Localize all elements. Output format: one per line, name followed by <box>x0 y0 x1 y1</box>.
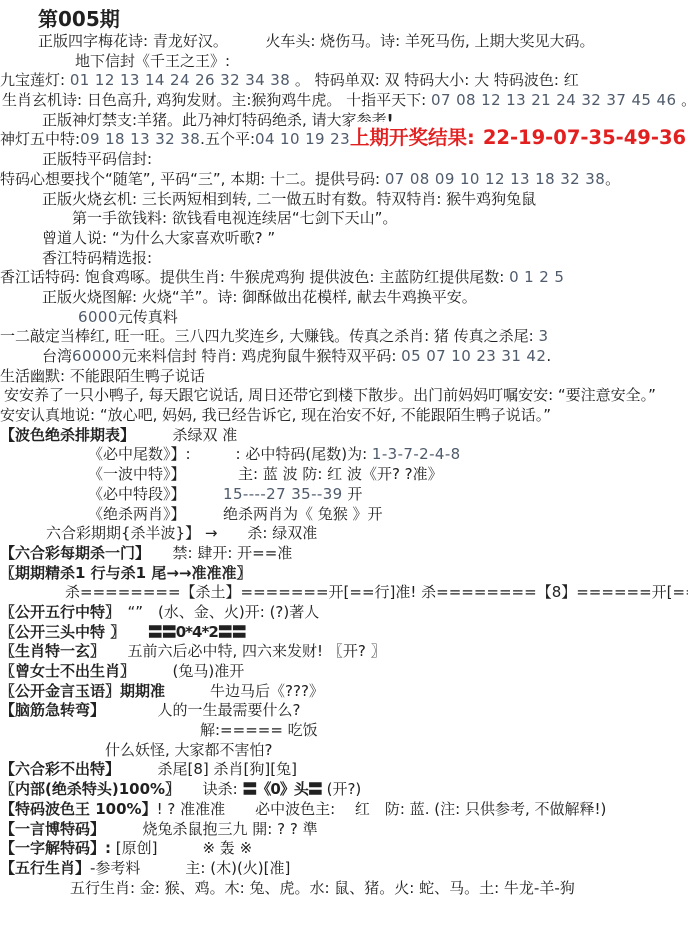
text-segment: 。 <box>676 91 688 109</box>
text-segment: 解:===== 吃饭 <box>200 721 318 739</box>
text-line: 正版火烧玄机: 三长两短相到转, 二一做五时有数。特双特肖: 猴牛鸡狗兔鼠 <box>0 190 688 210</box>
text-segment: 〖内部(绝杀特头)100%〗 <box>0 780 173 798</box>
text-segment: (开?) <box>322 780 361 798</box>
text-segment: 台湾 <box>42 347 72 365</box>
text-segment: 生肖玄机诗: 日色高升, 鸡狗发财。主:猴狗鸡牛虎。 十指平天下: <box>2 91 431 109</box>
text-segment: 09 18 13 32 38 <box>80 130 200 148</box>
text-segment: 第005期 <box>38 7 120 31</box>
text-line: 曾道人说: “为什么大家喜欢听歌? ” <box>0 229 688 249</box>
text-segment: ! ? 准准准 必中波色主: 红 防: 蓝. (注: 只供参考, 不做解释!) <box>157 800 607 818</box>
text-segment: 杀========【杀土】=======开[==行]准! 杀========【8… <box>65 583 688 601</box>
text-segment: 【波色绝杀排期表】 <box>0 426 128 444</box>
text-segment: 杀尾[8] 杀肖[狗][兔] <box>113 760 297 778</box>
text-segment: “” (水、金、火)开: (?)著人 <box>113 603 320 621</box>
text-line: 一二敲定当棒红, 旺一旺。三八四九奖连乡, 大赚钱。传真之杀肖: 猪 传真之杀尾… <box>0 327 688 347</box>
text-segment: 香江话特码: 饱食鸡啄。提供生肖: 牛猴虎鸡狗 提供波色: 主蓝防红提供尾数: <box>0 268 509 286</box>
text-line: 安安认真地说: “放心吧, 妈妈, 我已经告诉它, 现在治安不好, 不能跟陌生鸭… <box>0 406 688 426</box>
text-segment: 01 12 13 14 24 26 32 34 38 <box>70 71 290 89</box>
text-segment: 〓《0》头〓 <box>242 780 321 798</box>
text-line: 解:===== 吃饭 <box>0 721 688 741</box>
text-line: 【脑筋急转弯】 人的一生最需要什么? <box>0 701 688 721</box>
text-segment: 【六合彩每期杀一门】 <box>0 544 143 562</box>
text-segment: 神灯五中特: <box>0 130 80 148</box>
text-segment: 烧兔杀鼠抱三九 開: ? ? 準 <box>98 820 318 838</box>
text-line: 香江特码精选报: <box>0 249 688 269</box>
text-segment: 【一言博特码】 <box>0 820 98 838</box>
text-line: 什么妖怪, 大家都不害怕? <box>0 741 688 761</box>
text-segment: 〓〓0*4*2〓〓 <box>148 623 246 641</box>
text-segment: 什么妖怪, 大家都不害怕? <box>105 741 273 759</box>
text-segment: 正版特平码信封: <box>42 150 152 168</box>
text-segment: .五个平: <box>200 130 255 148</box>
text-line: 生肖玄机诗: 日色高升, 鸡狗发财。主:猴狗鸡牛虎。 十指平天下: 07 08 … <box>0 91 688 111</box>
text-segment: 1-3-7-2-4-8 <box>372 445 461 463</box>
text-segment: -参考料 主: (木)(火)[准] <box>90 859 290 877</box>
text-segment: 曾道人说: “为什么大家喜欢听歌? ” <box>42 229 275 247</box>
text-segment: 诀杀: <box>173 780 243 798</box>
text-segment: 07 08 09 10 12 13 18 32 38 <box>385 170 605 188</box>
text-segment: 杀绿双 准 <box>128 426 238 444</box>
text-line: 【特码波色王 100%】! ? 准准准 必中波色主: 红 防: 蓝. (注: 只… <box>0 800 688 820</box>
text-segment: 正版四字梅花诗: 青龙好汉。 火车头: 烧伤马。诗: 羊死马伤, 上期大奖见大码… <box>38 32 595 50</box>
text-segment: 《必中尾数》】: : 必中特码(尾数)为: <box>88 445 372 463</box>
text-line: 正版特平码信封: <box>0 150 688 170</box>
text-segment: 一二敲定当棒红, 旺一旺。三八四九奖连乡, 大赚钱。传真之杀肖: 猪 传真之杀尾… <box>0 327 539 345</box>
text-line: 《绝杀两肖》】 绝杀两肖为《 兔猴 》开 <box>0 505 688 525</box>
text-segment: 特码心想要找个“随笔”, 平码“三”, 本期: 十二。提供号码: <box>0 170 385 188</box>
text-segment: 牛边马后《???》 <box>165 682 324 700</box>
text-segment: 〖公开三头中特 〗 <box>0 623 118 641</box>
last-draw-numbers: 22-19-07-35-49-36+45 <box>483 126 688 149</box>
text-segment: 安安认真地说: “放心吧, 妈妈, 我已经告诉它, 现在治安不好, 不能跟陌生鸭… <box>0 406 551 424</box>
text-line: 地下信封《千王之王》: <box>0 52 688 72</box>
text-line: 〖生肖特一玄〗 五前六后必中特, 四六来发财! 〖开? 〗 <box>0 642 688 662</box>
text-line: 〖公开五行中特〗 “” (水、金、火)开: (?)著人 <box>0 603 688 623</box>
text-segment: 〖期期精杀1 行与杀1 尾→→准准准〗 <box>0 564 251 582</box>
text-segment: 开 <box>343 485 363 503</box>
text-segment: [原创] ※ 轰 ※ <box>111 839 252 857</box>
text-segment: (兔马)准开 <box>128 662 245 680</box>
text-segment: 《一波中特》】 主: 蓝 波 防: 红 波《开? ?准》 <box>88 465 443 483</box>
text-line: 《必中尾数》】: : 必中特码(尾数)为: 1-3-7-2-4-8 <box>0 445 688 465</box>
text-line: 〖内部(绝杀特头)100%〗 诀杀: 〓《0》头〓 (开?) <box>0 780 688 800</box>
text-line: 【六合彩每期杀一门】 禁: 肆开: 开==准 <box>0 544 688 564</box>
text-segment: 五行生肖: 金: 猴、鸡。木: 兔、虎。水: 鼠、猪。火: 蛇、马。土: 牛龙-… <box>70 879 575 897</box>
text-line: 特码心想要找个“随笔”, 平码“三”, 本期: 十二。提供号码: 07 08 0… <box>0 170 688 190</box>
text-segment <box>118 623 148 641</box>
text-line: 正版四字梅花诗: 青龙好汉。 火车头: 烧伤马。诗: 羊死马伤, 上期大奖见大码… <box>0 32 688 52</box>
text-segment: 【脑筋急转弯】 <box>0 701 98 719</box>
text-segment: 〖生肖特一玄〗 <box>0 642 98 660</box>
text-segment: 〖曾女士不出生肖〗 <box>0 662 128 680</box>
text-segment: 05 07 10 23 31 42 <box>401 347 546 365</box>
text-segment: 〖公开金言玉语〗期期准 <box>0 682 165 700</box>
text-segment: 地下信封《千王之王》: <box>75 52 230 70</box>
text-line: 《必中特段》】 15----27 35--39 开 <box>0 485 688 505</box>
text-line: 五行生肖: 金: 猴、鸡。木: 兔、虎。水: 鼠、猪。火: 蛇、马。土: 牛龙-… <box>0 879 688 899</box>
text-segment: 人的一生最需要什么? <box>98 701 301 719</box>
text-segment: 元传真料 <box>118 308 178 326</box>
text-segment: 正版火烧图解: 火烧“羊”。诗: 御酥做出花模样, 献去牛鸡换平安。 <box>42 288 477 306</box>
text-segment: 香江特码精选报: <box>42 249 152 267</box>
text-segment: 。 特码单双: 双 特码大小: 大 特码波色: 红 <box>290 71 579 89</box>
text-line: 【六合彩不出特】 杀尾[8] 杀肖[狗][兔] <box>0 760 688 780</box>
last-draw-label: 上期开奖结果: <box>350 126 475 149</box>
text-segment: 〖公开五行中特〗 <box>0 603 113 621</box>
text-segment: 正版火烧玄机: 三长两短相到转, 二一做五时有数。特双特肖: 猴牛鸡狗兔鼠 <box>42 190 536 208</box>
text-line: 九宝莲灯: 01 12 13 14 24 26 32 34 38 。 特码单双:… <box>0 71 688 91</box>
text-segment: 60000 <box>72 347 122 365</box>
text-line: 安安养了一只小鸭子, 每天跟它说话, 周日还带它到楼下散步。出门前妈妈叮嘱安安:… <box>0 386 688 406</box>
text-line: 香江话特码: 饱食鸡啄。提供生肖: 牛猴虎鸡狗 提供波色: 主蓝防红提供尾数: … <box>0 268 688 288</box>
text-segment: 【五行生肖】 <box>0 859 90 877</box>
text-segment: 15----27 35--39 <box>223 485 343 503</box>
text-line: 正版火烧图解: 火烧“羊”。诗: 御酥做出花模样, 献去牛鸡换平安。 <box>0 288 688 308</box>
text-segment: 安安养了一只小鸭子, 每天跟它说话, 周日还带它到楼下散步。出门前妈妈叮嘱安安:… <box>4 386 656 404</box>
text-line: 《一波中特》】 主: 蓝 波 防: 红 波《开? ?准》 <box>0 465 688 485</box>
text-segment: 正版神灯禁支:羊猪。此乃神灯特码绝杀, 请大家参考 <box>42 111 387 129</box>
text-line: 【波色绝杀排期表】 杀绿双 准 <box>0 426 688 446</box>
text-line: 〖期期精杀1 行与杀1 尾→→准准准〗 <box>0 564 688 584</box>
text-segment: 元来料信封 特肖: 鸡虎狗鼠牛猴特双平码: <box>122 347 401 365</box>
text-segment: 六合彩期期{杀半波}】 → 杀: 绿双准 <box>46 524 317 542</box>
text-segment: 3 <box>539 327 549 345</box>
text-line: 【一字解特码】: [原创] ※ 轰 ※ <box>0 839 688 859</box>
text-segment: 0 1 2 5 <box>509 268 564 286</box>
text-segment: 【一字解特码】: <box>0 839 111 857</box>
text-segment: 禁: 肆开: 开==准 <box>143 544 293 562</box>
text-segment: 五前六后必中特, 四六来发财! 〖开? 〗 <box>98 642 386 660</box>
text-line: 杀========【杀土】=======开[==行]准! 杀========【8… <box>0 583 688 603</box>
text-segment: 6000 <box>78 308 118 326</box>
text-line: 6000元传真料 <box>0 308 688 328</box>
text-segment: 【六合彩不出特】 <box>0 760 113 778</box>
text-segment: 九宝莲灯: <box>0 71 70 89</box>
text-line: 〖公开三头中特 〗 〓〓0*4*2〓〓 <box>0 623 688 643</box>
text-line: 第一手欲钱料: 欲钱看电视连续居“七剑下天山”。 <box>0 209 688 229</box>
text-segment: 第一手欲钱料: 欲钱看电视连续居“七剑下天山”。 <box>72 209 397 227</box>
text-segment: 07 08 12 13 21 24 32 37 45 46 <box>431 91 676 109</box>
text-segment: 【特码波色王 100%】 <box>0 800 157 818</box>
text-line: 台湾60000元来料信封 特肖: 鸡虎狗鼠牛猴特双平码: 05 07 10 23… <box>0 347 688 367</box>
text-line: 〖公开金言玉语〗期期准 牛边马后《???》 <box>0 682 688 702</box>
issue-number: 第005期 <box>0 6 688 32</box>
text-segment: . <box>546 347 551 365</box>
text-line: 【一言博特码】 烧兔杀鼠抱三九 開: ? ? 準 <box>0 820 688 840</box>
text-line: 【五行生肖】-参考料 主: (木)(火)[准] <box>0 859 688 879</box>
text-segment: 《绝杀两肖》】 绝杀两肖为《 兔猴 》开 <box>88 505 383 523</box>
text-segment: 《必中特段》】 <box>88 485 223 503</box>
last-draw-result: 上期开奖结果:22-19-07-35-49-36+45 <box>350 122 688 150</box>
text-line: 六合彩期期{杀半波}】 → 杀: 绿双准 <box>0 524 688 544</box>
text-line: 生活幽默: 不能跟陌生鸭子说话 <box>0 367 688 387</box>
text-segment: 生活幽默: 不能跟陌生鸭子说话 <box>0 367 205 385</box>
text-line: 〖曾女士不出生肖〗 (兔马)准开 <box>0 662 688 682</box>
text-segment: 。 <box>605 170 620 188</box>
